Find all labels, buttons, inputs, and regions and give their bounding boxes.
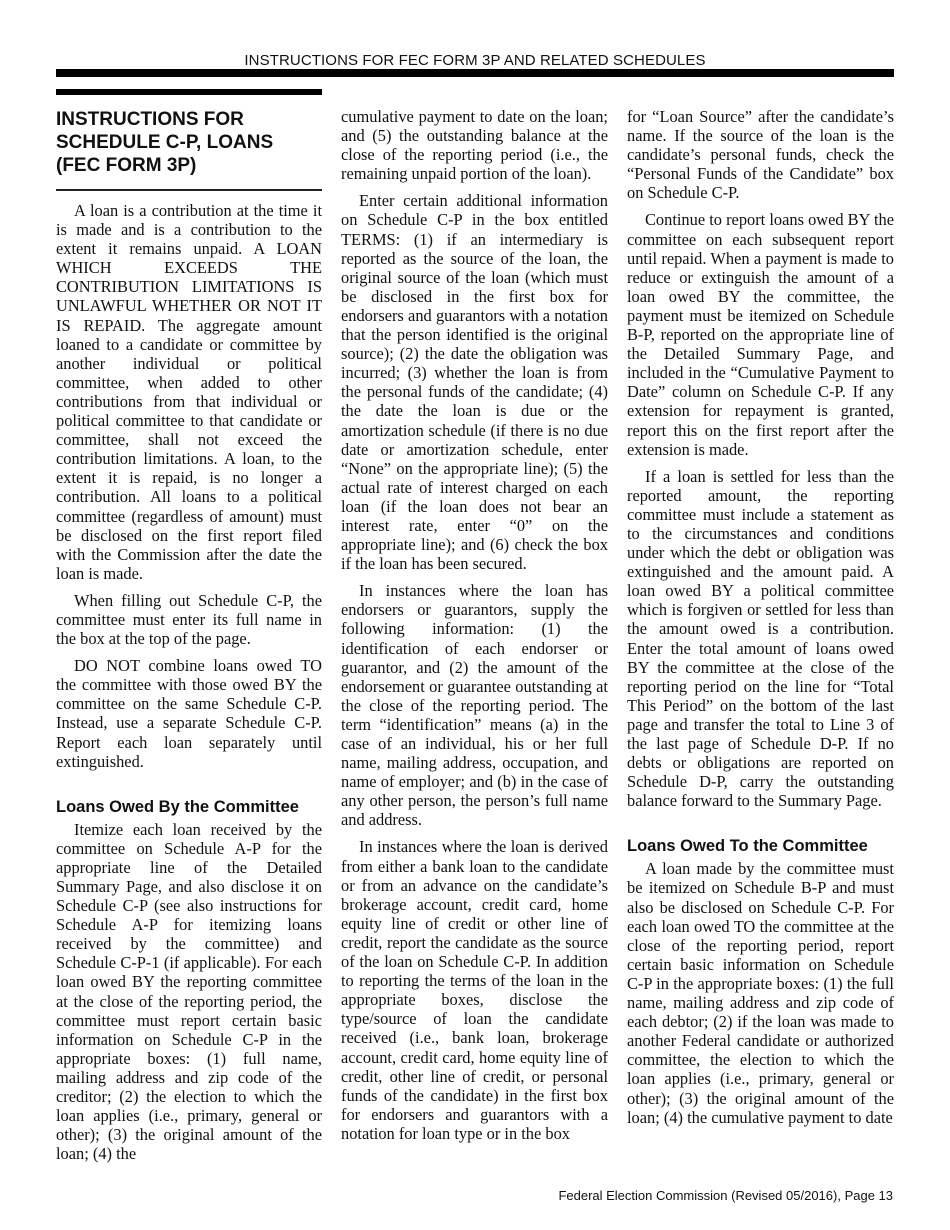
title-rule — [56, 89, 322, 95]
paragraph-itemize-each-loan: Itemize each loan received by the commit… — [56, 820, 322, 1164]
subhead-loans-owed-to: Loans Owed To the Committee — [627, 836, 894, 856]
paragraph-loan-contribution: A loan is a contribution at the time it … — [56, 201, 322, 583]
paragraph-continue-to-report: Continue to report loans owed BY the com… — [627, 210, 894, 458]
page-footer: Federal Election Commission (Revised 05/… — [558, 1188, 893, 1203]
paragraph-bank-loan: In instances where the loan is derived f… — [341, 837, 608, 1143]
paragraph-settled-for-less: If a loan is settled for less than the r… — [627, 467, 894, 811]
paragraph-filling-out: When filling out Schedule C-P, the commi… — [56, 591, 322, 648]
paragraph-terms: Enter certain additional information on … — [341, 191, 608, 573]
subhead-loans-owed-by: Loans Owed By the Committee — [56, 797, 322, 817]
title-divider — [56, 189, 322, 191]
paragraph-continuation: cumulative payment to date on the loan; … — [341, 107, 608, 183]
paragraph-endorsers: In instances where the loan has endorser… — [341, 581, 608, 829]
paragraph-continuation: for “Loan Source” after the candidate’s … — [627, 107, 894, 202]
section-title: INSTRUCTIONS FOR SCHEDULE C-P, LOANS (FE… — [56, 108, 322, 177]
column-2: cumulative payment to date on the loan; … — [341, 107, 608, 1151]
header-rule — [56, 69, 894, 77]
running-header: INSTRUCTIONS FOR FEC FORM 3P AND RELATED… — [0, 52, 950, 70]
paragraph-do-not-combine: DO NOT combine loans owed TO the committ… — [56, 656, 322, 771]
paragraph-loan-made-by-committee: A loan made by the committee must be ite… — [627, 859, 894, 1126]
title-line-3: (FEC FORM 3P) — [56, 155, 196, 176]
column-3: for “Loan Source” after the candidate’s … — [627, 107, 894, 1135]
column-1: INSTRUCTIONS FOR SCHEDULE C-P, LOANS (FE… — [56, 108, 322, 1171]
title-line-2: SCHEDULE C-P, LOANS — [56, 132, 273, 153]
title-line-1: INSTRUCTIONS FOR — [56, 109, 244, 130]
